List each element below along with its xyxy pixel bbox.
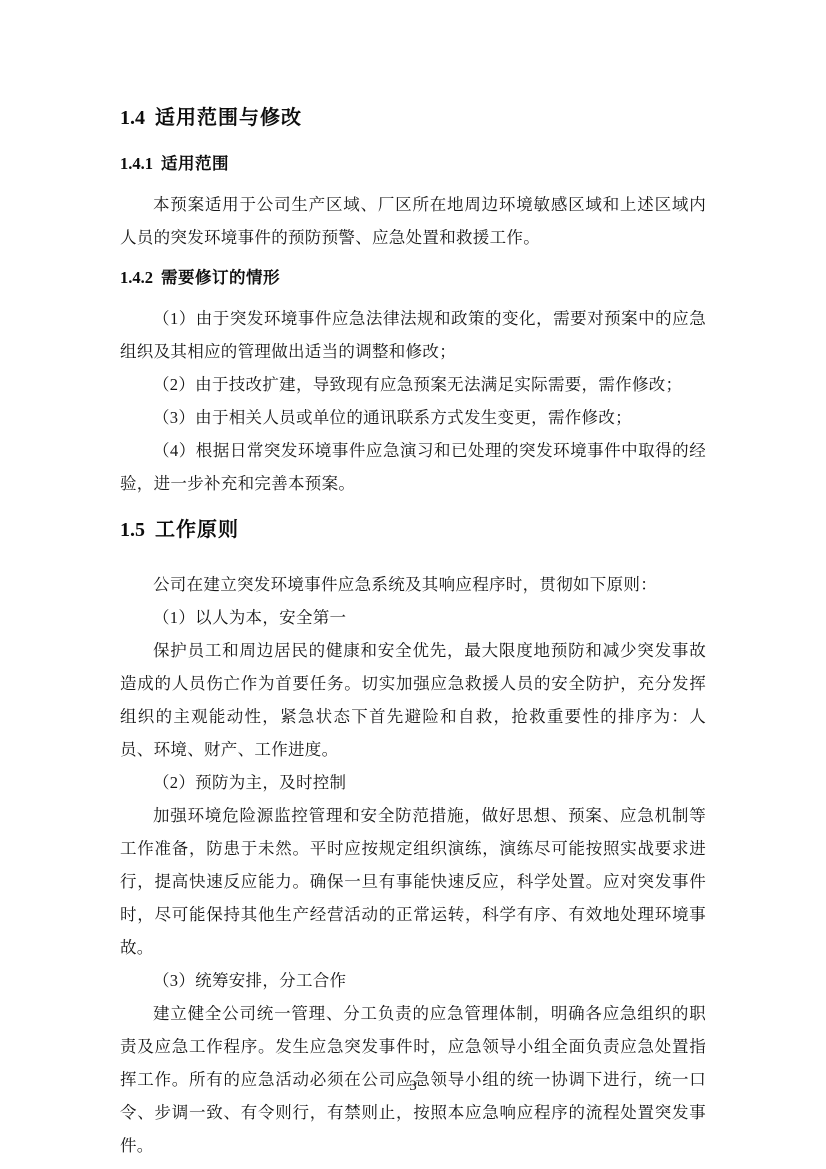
paragraph-revision-item-1: （1）由于突发环境事件应急法律法规和政策的变化，需要对预案中的应急组织及其相应的… (120, 302, 706, 368)
section-title: 适用范围与修改 (155, 107, 302, 129)
section-heading-1-5: 1.5工作原则 (120, 516, 706, 544)
document-content: 1.4适用范围与修改 1.4.1适用范围 本预案适用于公司生产区域、厂区所在地周… (0, 0, 826, 1162)
subsection-number: 1.4.2 (120, 268, 153, 287)
page-number: 3 (0, 1078, 826, 1095)
document-page: 1.4适用范围与修改 1.4.1适用范围 本预案适用于公司生产区域、厂区所在地周… (0, 0, 826, 1169)
paragraph-principles-intro: 公司在建立突发环境事件应急系统及其响应程序时，贯彻如下原则： (120, 568, 706, 601)
section-number: 1.4 (120, 107, 145, 129)
paragraph-principle-1-body: 保护员工和周边居民的健康和安全优先，最大限度地预防和减少突发事故造成的人员伤亡作… (120, 634, 706, 766)
subsection-number: 1.4.1 (120, 154, 153, 173)
section-title: 工作原则 (155, 519, 239, 541)
paragraph-principle-1-title: （1）以人为本，安全第一 (120, 601, 706, 634)
paragraph-principle-2-title: （2）预防为主，及时控制 (120, 766, 706, 799)
section-number: 1.5 (120, 519, 145, 541)
paragraph-revision-item-2: （2）由于技改扩建，导致现有应急预案无法满足实际需要，需作修改； (120, 368, 706, 401)
paragraph-revision-item-3: （3）由于相关人员或单位的通讯联系方式发生变更，需作修改； (120, 401, 706, 434)
paragraph-principle-3-title: （3）统筹安排，分工合作 (120, 964, 706, 997)
section-heading-1-4: 1.4适用范围与修改 (120, 104, 706, 132)
paragraph-scope: 本预案适用于公司生产区域、厂区所在地周边环境敏感区域和上述区域内人员的突发环境事… (120, 188, 706, 254)
paragraph-principle-2-body: 加强环境危险源监控管理和安全防范措施，做好思想、预案、应急机制等工作准备，防患于… (120, 799, 706, 964)
subsection-title: 需要修订的情形 (161, 269, 280, 287)
subsection-heading-1-4-2: 1.4.2需要修订的情形 (120, 266, 706, 290)
subsection-title: 适用范围 (161, 155, 229, 173)
paragraph-revision-item-4: （4）根据日常突发环境事件应急演习和已处理的突发环境事件中取得的经验，进一步补充… (120, 434, 706, 500)
subsection-heading-1-4-1: 1.4.1适用范围 (120, 152, 706, 176)
